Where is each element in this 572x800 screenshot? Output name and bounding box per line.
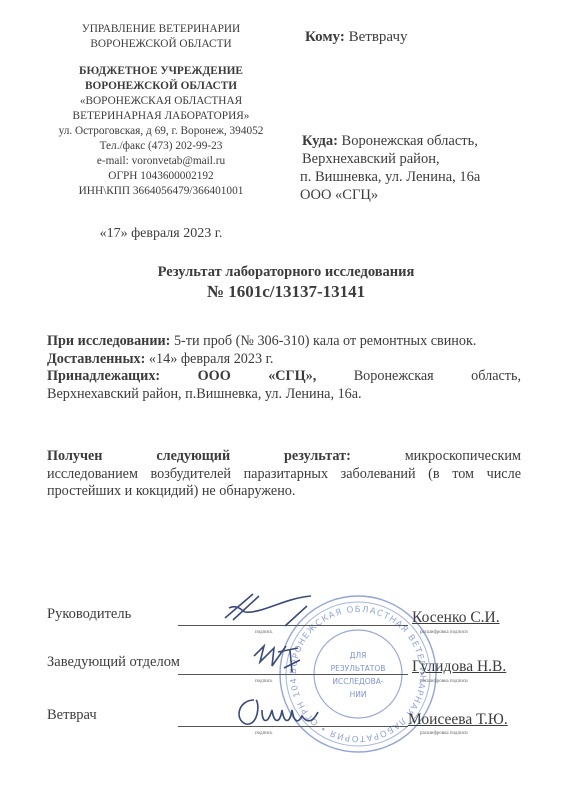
lab-ogrn: ОГРН 1043600002192 <box>30 169 292 184</box>
owner-region: Воронежская <box>354 368 434 384</box>
where-label: Куда: <box>302 133 338 149</box>
delivered-value: «14» февраля 2023 г. <box>149 351 273 367</box>
document-number: № 1601с/13137-13141 <box>0 282 572 301</box>
authority-line-2: ВОРОНЕЖСКОЙ ОБЛАСТИ <box>30 37 292 52</box>
result-label-3: результат: <box>284 448 351 464</box>
signature-name-head-of-department: Гулидова Н.В. <box>412 658 506 676</box>
owner-org-name: «СГЦ», <box>268 368 316 384</box>
lab-inn-kpp: ИНН\КПП 3664056479/366401001 <box>30 184 292 199</box>
stamp-line-2: РЕЗУЛЬТАТОВ <box>331 664 386 673</box>
recipient-to: Кому: Ветврачу <box>305 29 408 46</box>
stamp-line-3: ИССЛЕДОВА- <box>332 677 384 686</box>
lab-name-line-1: «ВОРОНЕЖСКАЯ ОБЛАСТНАЯ <box>30 94 292 109</box>
document-title: Результат лабораторного исследования <box>0 263 572 282</box>
result-label-2: следующий <box>156 448 230 464</box>
signature-name-caption-director: расшифровка подписи <box>420 630 468 635</box>
result-label-1: Получен <box>47 448 102 464</box>
signature-caption-director: подпись <box>255 630 272 635</box>
recipient-address: Куда: Воронежская область, Верхнехавский… <box>300 132 480 204</box>
institution-line-1: БЮДЖЕТНОЕ УЧРЕЖДЕНИЕ <box>30 64 292 79</box>
signature-role-vet: Ветврач <box>47 707 97 724</box>
lab-phone: Тел./факс (473) 202-99-23 <box>30 139 292 154</box>
result-block: Получен следующий результат: микроскопич… <box>47 448 521 501</box>
lab-address: ул. Остроговская, д 69, г. Воронеж, 3940… <box>30 124 292 139</box>
where-line-1: Воронежская область, <box>342 133 478 149</box>
signature-name-caption-vet: расшифровка подписи <box>420 731 468 736</box>
handwritten-signature-vet <box>232 694 322 734</box>
to-label: Кому: <box>305 29 345 45</box>
signature-role-director: Руководитель <box>47 606 131 623</box>
result-first-word: микроскопическим <box>405 448 521 464</box>
document-title-block: Результат лабораторного исследования № 1… <box>0 263 572 301</box>
where-line-3: п. Вишневка, ул. Ленина, 16а <box>300 168 480 186</box>
study-value: 5-ти проб (№ 306-310) кала от ремонтных … <box>174 333 476 349</box>
signature-name-caption-head-of-department: расшифровка подписи <box>420 679 468 684</box>
owner-line-2: Верхнехавский район, п.Вишневка, ул. Лен… <box>47 386 521 404</box>
letterhead: УПРАВЛЕНИЕ ВЕТЕРИНАРИИ ВОРОНЕЖСКОЙ ОБЛАС… <box>30 22 292 199</box>
stamp-line-4: НИИ <box>350 690 367 699</box>
result-value: исследованием возбудителей паразитарных … <box>47 466 521 501</box>
signature-name-vet: Моисеева Т.Ю. <box>408 711 508 729</box>
institution-line-2: ВОРОНЕЖСКОЙ ОБЛАСТИ <box>30 79 292 94</box>
lab-email: e-mail: voronvetab@mail.ru <box>30 154 292 169</box>
where-line-2: Верхнехавский район, <box>300 150 480 168</box>
handwritten-signature-head-of-department <box>250 642 310 680</box>
signature-name-director: Косенко С.И. <box>412 609 500 627</box>
handwritten-signature-director <box>215 590 325 630</box>
where-line-4: ООО «СГЦ» <box>300 186 480 204</box>
delivered-label: Доставленных: <box>47 351 145 367</box>
owner-label: Принадлежащих: <box>47 368 160 384</box>
lab-name-line-2: ВЕТЕРИНАРНАЯ ЛАБОРАТОРИЯ» <box>30 109 292 124</box>
result-line-1: Получен следующий результат: микроскопич… <box>47 448 521 466</box>
document-date: «17» февраля 2023 г. <box>30 226 292 242</box>
signature-role-head-of-department: Заведующий отделом <box>47 654 180 671</box>
owner-org: ООО <box>198 368 231 384</box>
owner-region-suffix: область, <box>471 368 521 384</box>
study-details: При исследовании: 5-ти проб (№ 306-310) … <box>47 333 521 403</box>
owner-line-1: Принадлежащих: ООО «СГЦ», Воронежская об… <box>47 368 521 386</box>
to-value: Ветврачу <box>349 29 408 45</box>
authority-line-1: УПРАВЛЕНИЕ ВЕТЕРИНАРИИ <box>30 22 292 37</box>
stamp-line-1: ДЛЯ <box>350 651 367 660</box>
study-label: При исследовании: <box>47 333 170 349</box>
